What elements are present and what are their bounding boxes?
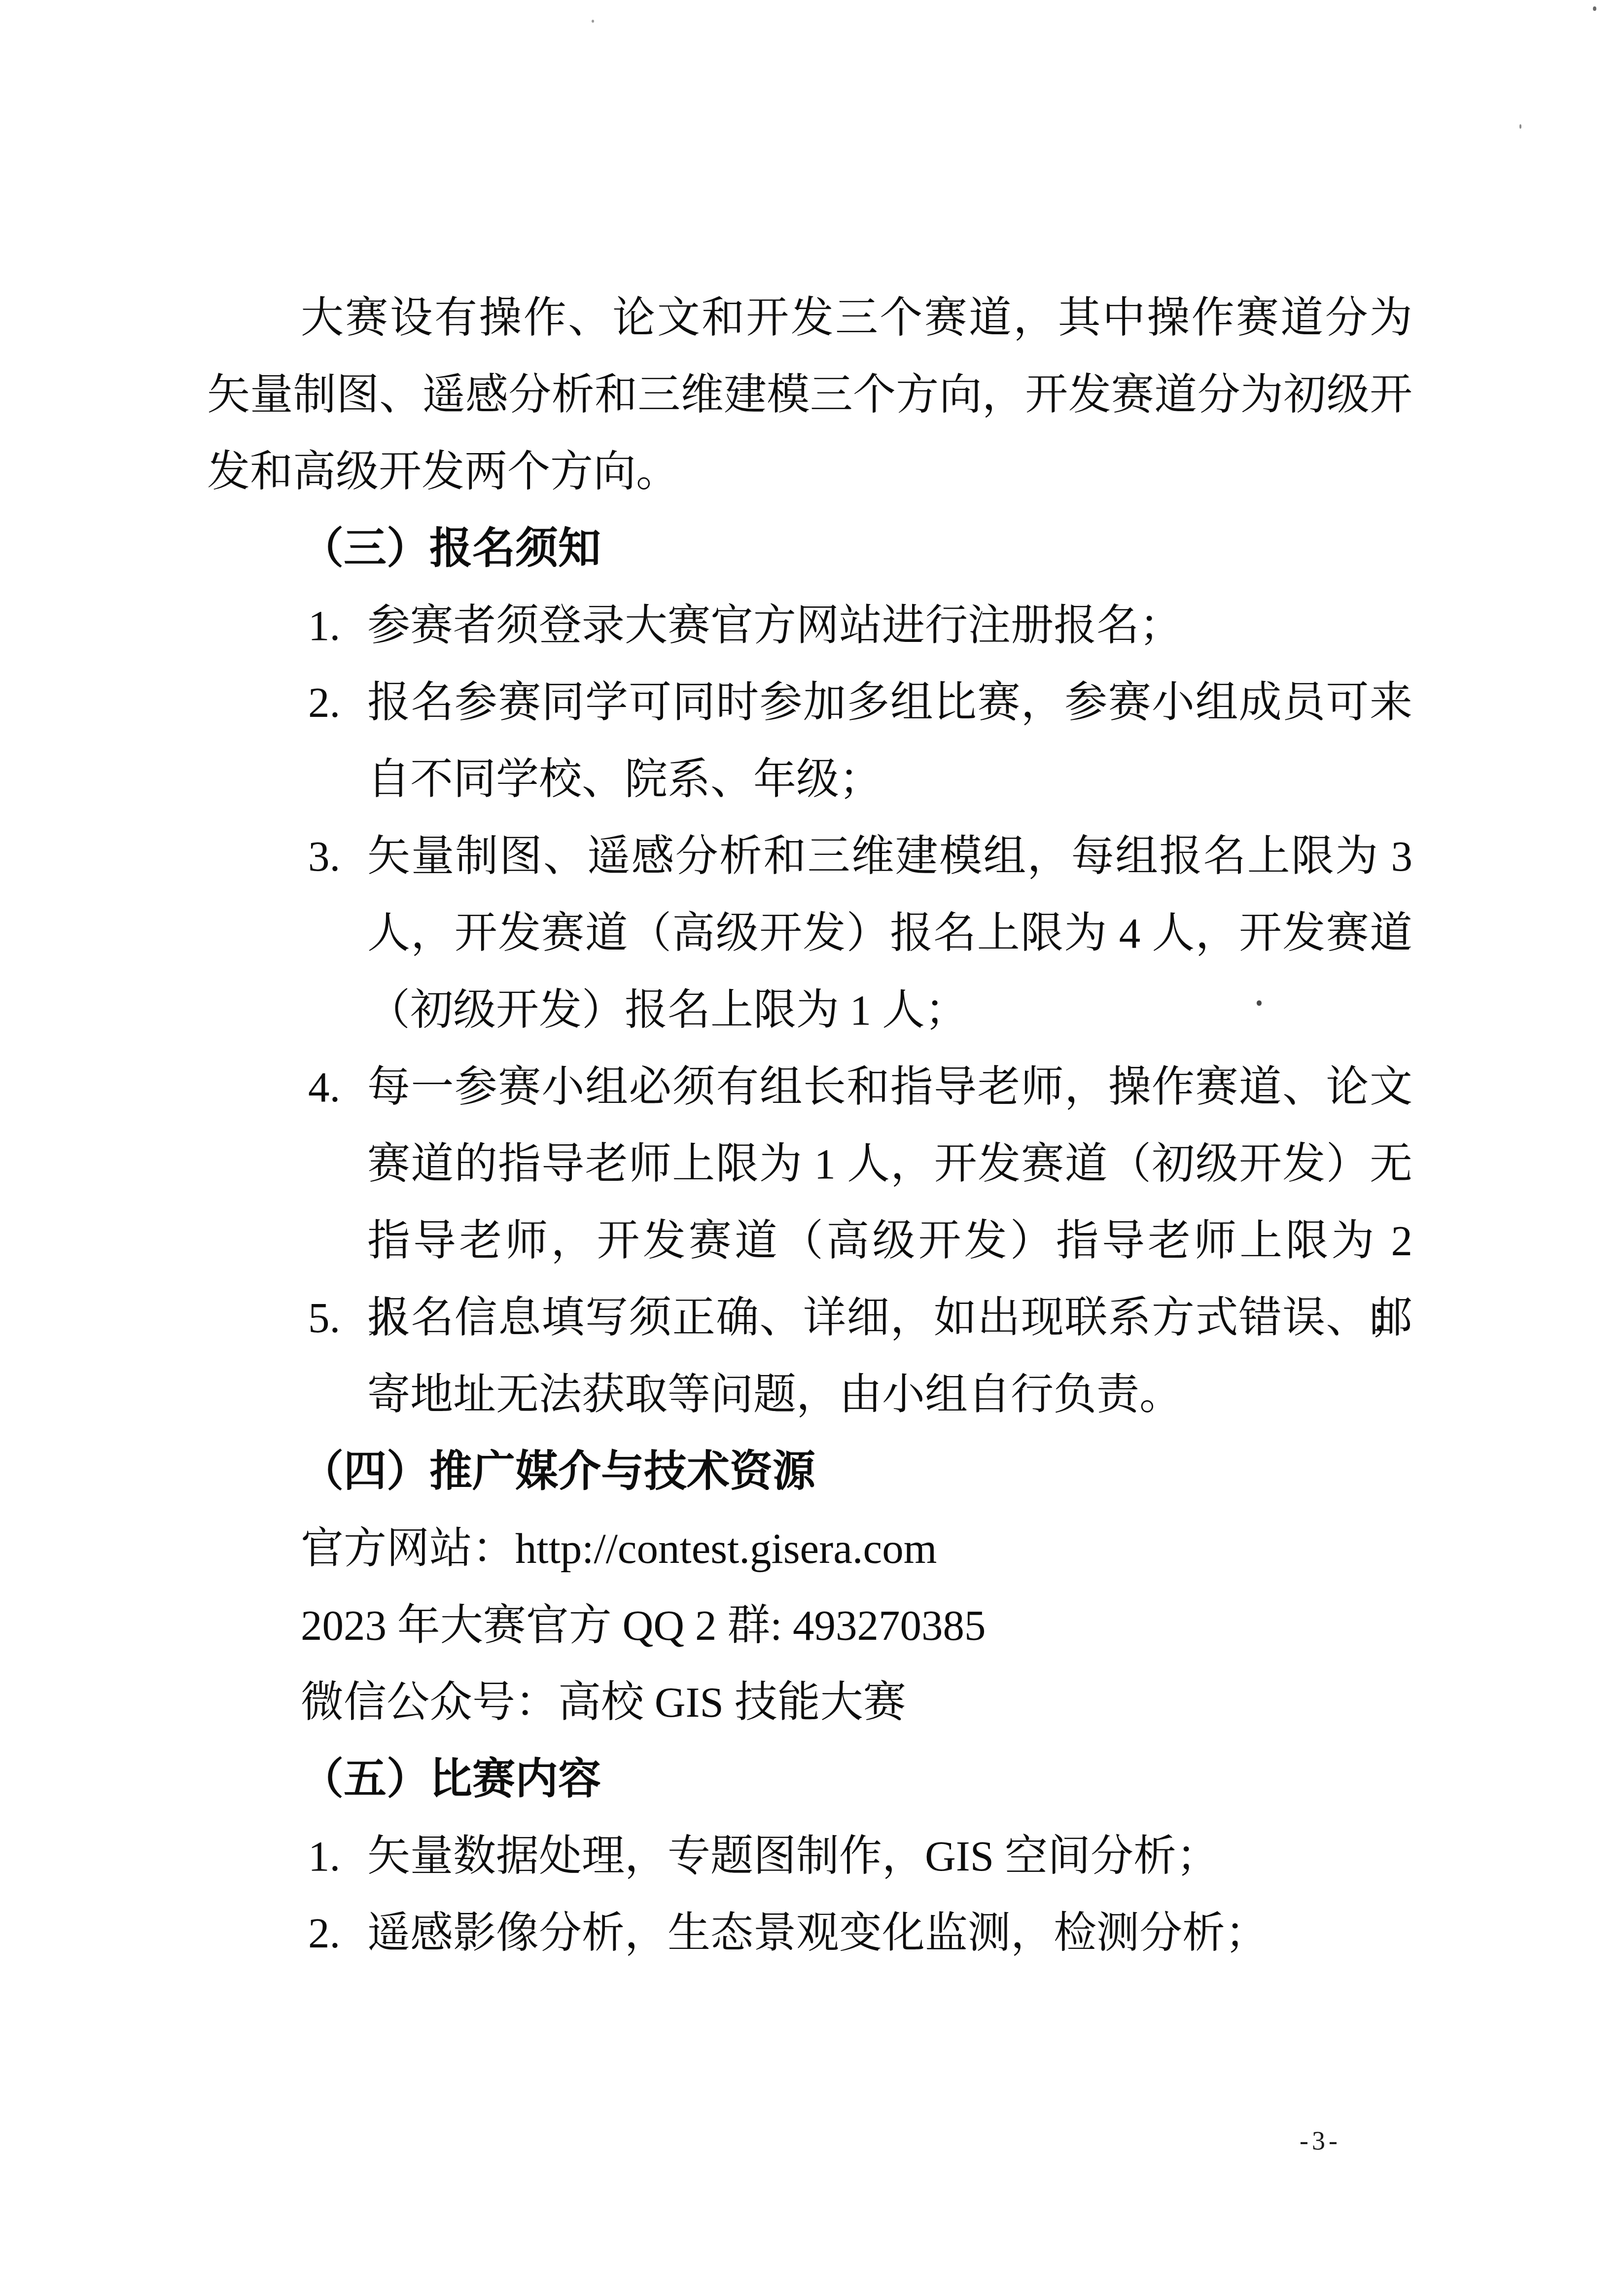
list-item: 2.报名参赛同学可同时参加多组比赛，参赛小组成员可来 (207, 664, 1412, 741)
list-item-number: 3. (308, 818, 340, 895)
qq-group-line: 2023 年大赛官方 QQ 2 群: 493270385 (207, 1587, 1412, 1664)
list-item-text: 矢量制图、遥感分析和三维建模组，每组报名上限为 3 (367, 832, 1412, 880)
list-item-number: 5. (308, 1279, 340, 1356)
list-item-continuation: 寄地址无法获取等问题，由小组自行负责。 (207, 1356, 1412, 1433)
list-item: 1.矢量数据处理，专题图制作，GIS 空间分析； (207, 1818, 1412, 1895)
list-item-number: 1. (308, 587, 340, 664)
wechat-account-line: 微信公众号：高校 GIS 技能大赛 (207, 1664, 1412, 1741)
list-item: 4.每一参赛小组必须有组长和指导老师，操作赛道、论文 (207, 1049, 1412, 1126)
list-item-continuation: 指导老师，开发赛道（高级开发）指导老师上限为 2 人； (207, 1202, 1412, 1279)
list-item-text: 报名参赛同学可同时参加多组比赛，参赛小组成员可来 (367, 678, 1412, 726)
section-heading-registration-notes: （三）报名须知 (207, 510, 1412, 587)
list-item: 2.遥感影像分析，生态景观变化监测，检测分析； (207, 1895, 1412, 1972)
scan-artifact-dot (1519, 124, 1521, 129)
list-item-text: 报名信息填写须正确、详细，如出现联系方式错误、邮 (367, 1294, 1412, 1342)
list-item-number: 2. (308, 1895, 340, 1972)
section-heading-competition-content: （五）比赛内容 (207, 1741, 1412, 1818)
scan-artifact-dot (1257, 1000, 1262, 1006)
intro-paragraph-line: 矢量制图、遥感分析和三维建模三个方向，开发赛道分为初级开 (207, 356, 1412, 433)
official-website-line: 官方网站：http://contest.gisera.com (207, 1510, 1412, 1587)
list-item: 1.参赛者须登录大赛官方网站进行注册报名； (207, 587, 1412, 664)
list-item-number: 4. (308, 1049, 340, 1126)
intro-paragraph-line: 发和高级开发两个方向。 (207, 433, 1412, 510)
list-item-text: 矢量数据处理，专题图制作，GIS 空间分析； (367, 1832, 1219, 1880)
section-heading-media-resources: （四）推广媒介与技术资源 (207, 1433, 1412, 1510)
scan-artifact-dot (1593, 6, 1596, 11)
list-item-continuation: （初级开发）报名上限为 1 人； (207, 972, 1412, 1049)
document-page: 大赛设有操作、论文和开发三个赛道，其中操作赛道分为 矢量制图、遥感分析和三维建模… (0, 0, 1621, 2296)
list-item-text: 参赛者须登录大赛官方网站进行注册报名； (367, 601, 1182, 649)
list-item-continuation: 人，开发赛道（高级开发）报名上限为 4 人，开发赛道 (207, 895, 1412, 972)
scan-artifact-dot (592, 20, 594, 23)
list-item-continuation: 赛道的指导老师上限为 1 人，开发赛道（初级开发）无 (207, 1126, 1412, 1202)
list-item-number: 1. (308, 1818, 340, 1895)
list-item-text: 每一参赛小组必须有组长和指导老师，操作赛道、论文 (367, 1063, 1412, 1111)
page-number: -3- (1300, 2126, 1341, 2155)
document-body: 大赛设有操作、论文和开发三个赛道，其中操作赛道分为 矢量制图、遥感分析和三维建模… (207, 280, 1412, 1972)
list-item-text: 遥感影像分析，生态景观变化监测，检测分析； (367, 1909, 1268, 1957)
list-item-continuation: 自不同学校、院系、年级； (207, 741, 1412, 818)
list-item: 5.报名信息填写须正确、详细，如出现联系方式错误、邮 (207, 1279, 1412, 1356)
intro-paragraph-line: 大赛设有操作、论文和开发三个赛道，其中操作赛道分为 (207, 280, 1412, 356)
list-item: 3.矢量制图、遥感分析和三维建模组，每组报名上限为 3 (207, 818, 1412, 895)
list-item-number: 2. (308, 664, 340, 741)
